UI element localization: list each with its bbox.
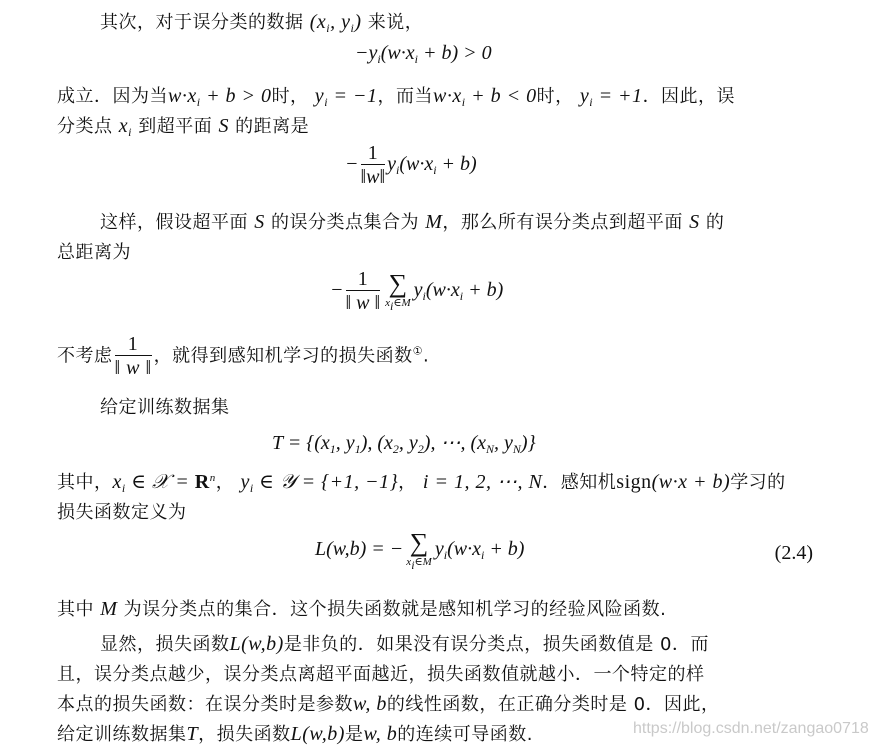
text: 本点的损失函数：在误分类时是参数	[57, 694, 353, 715]
symbol-M: M	[100, 598, 117, 620]
text: ，就得到感知机学习的损失函数	[154, 346, 413, 367]
text: ，损失函数	[198, 724, 291, 745]
symbol-S: S	[254, 211, 265, 233]
paragraph-reason: 成立．因为当w·xi + b > 0时， yi = −1，而当w·xi + b …	[57, 82, 735, 110]
paragraph-empirical-risk: 其中 M 为误分类点的集合．这个损失函数就是感知机学习的经验风险函数.	[57, 595, 666, 621]
fraction-denominator: ‖w‖	[361, 165, 386, 189]
equation-number: (2.4)	[775, 542, 813, 565]
text: 这样，假设超平面	[100, 212, 248, 233]
text: ，而当	[378, 86, 434, 107]
text: 分类点	[57, 116, 113, 137]
equation-distance: −1‖w‖yi(w·xi + b)	[345, 142, 477, 189]
text: 学习的	[730, 472, 786, 493]
summation: ∑xi∈M	[406, 530, 432, 571]
equation-dataset: T = {(x1, y1), (x2, y2), ⋯, (xN, yN)}	[272, 430, 536, 457]
paragraph-properties: 显然，损失函数L(w,b)是非负的．如果没有误分类点，损失函数值是 0．而	[100, 630, 709, 656]
fraction-numerator: 1	[115, 333, 152, 356]
paragraph-domains: 其中，xi ∈ 𝒳 = Rn， yi ∈ 𝒴 = {+1, −1}， i = 1…	[57, 468, 786, 496]
text: 成立．因为当	[57, 86, 168, 107]
text: ，	[216, 472, 235, 493]
paragraph-set-M-cont: 总距离为	[57, 238, 131, 264]
text: 给定训练数据集	[57, 724, 187, 745]
paragraph-dataset: 给定训练数据集	[100, 393, 230, 419]
summation: ∑xi∈M	[385, 271, 411, 312]
paragraph-domains-cont: 损失函数定义为	[57, 498, 187, 524]
paragraph-ignore-norm: 不考虑1‖ w ‖，就得到感知机学习的损失函数①.	[57, 333, 429, 380]
fraction-numerator: 1	[361, 142, 386, 165]
text: 的线性函数，在正确分类时是 0．因此，	[387, 694, 720, 715]
paragraph-properties-l2: 且，误分类点越少，误分类点离超平面越近，损失函数值就越小．一个特定的样	[57, 660, 705, 686]
text: ，	[398, 472, 417, 493]
text: 总距离为	[57, 242, 131, 263]
equation-total-distance: −1‖ w ‖∑xi∈Myi(w·xi + b)	[330, 268, 503, 315]
text: 的误分类点集合为	[271, 212, 419, 233]
footnote-marker: ①	[413, 345, 423, 358]
text: 时，	[537, 86, 574, 107]
text: 时，	[272, 86, 309, 107]
math-wb: w, b	[363, 723, 397, 745]
equation-misclassified-condition: −yi(w·xi + b) > 0	[355, 42, 492, 67]
fraction-denominator: ‖ w ‖	[115, 356, 152, 380]
text: 其中	[57, 599, 94, 620]
math-Lwb: L(w,b)	[291, 723, 345, 745]
math-pair: (xi, yi)	[310, 11, 362, 33]
text: 的连续可导函数.	[397, 724, 533, 745]
paragraph-intro: 其次，对于误分类的数据 (xi, yi) 来说，	[100, 8, 423, 36]
text: ．感知机	[542, 472, 616, 493]
math-wb: w, b	[353, 693, 387, 715]
text: 给定训练数据集	[100, 397, 230, 418]
symbol-M: M	[425, 211, 442, 233]
text: 显然，损失函数	[100, 634, 230, 655]
text: .	[423, 346, 429, 367]
text: 不考虑	[57, 346, 113, 367]
text: 来说，	[368, 12, 424, 33]
text: 损失函数定义为	[57, 502, 187, 523]
text: 其中，	[57, 472, 113, 493]
text: 为误分类点的集合．这个损失函数就是感知机学习的经验风险函数.	[124, 599, 667, 620]
equation-loss-function: L(w,b) = −∑xi∈Myi(w·xi + b)	[315, 530, 524, 571]
fraction-denominator: ‖ w ‖	[346, 291, 381, 315]
text: 到超平面	[138, 116, 212, 137]
text: 且，误分类点越少，误分类点离超平面越近，损失函数值就越小．一个特定的样	[57, 664, 705, 685]
text: 其次，对于误分类的数据	[100, 12, 304, 33]
text: 是非负的．如果没有误分类点，损失函数值是 0．而	[284, 634, 709, 655]
text: 的距离是	[235, 116, 309, 137]
watermark: https://blog.csdn.net/zangao0718	[633, 720, 869, 738]
paragraph-set-M: 这样，假设超平面 S 的误分类点集合为 M，那么所有误分类点到超平面 S 的	[100, 208, 724, 234]
paragraph-properties-l4: 给定训练数据集T，损失函数L(w,b)是w, b的连续可导函数.	[57, 720, 533, 746]
math-Lwb: L(w,b)	[230, 633, 284, 655]
fraction-numerator: 1	[346, 268, 381, 291]
paragraph-properties-l3: 本点的损失函数：在误分类时是参数w, b的线性函数，在正确分类时是 0．因此，	[57, 690, 720, 716]
symbol-S: S	[218, 115, 229, 137]
text: ，那么所有误分类点到超平面	[442, 212, 683, 233]
symbol-T: T	[187, 723, 199, 745]
paragraph-reason-cont: 分类点 xi 到超平面 S 的距离是	[57, 112, 309, 140]
text: 是	[345, 724, 364, 745]
text: 的	[706, 212, 725, 233]
text: ．因此，误	[643, 86, 736, 107]
